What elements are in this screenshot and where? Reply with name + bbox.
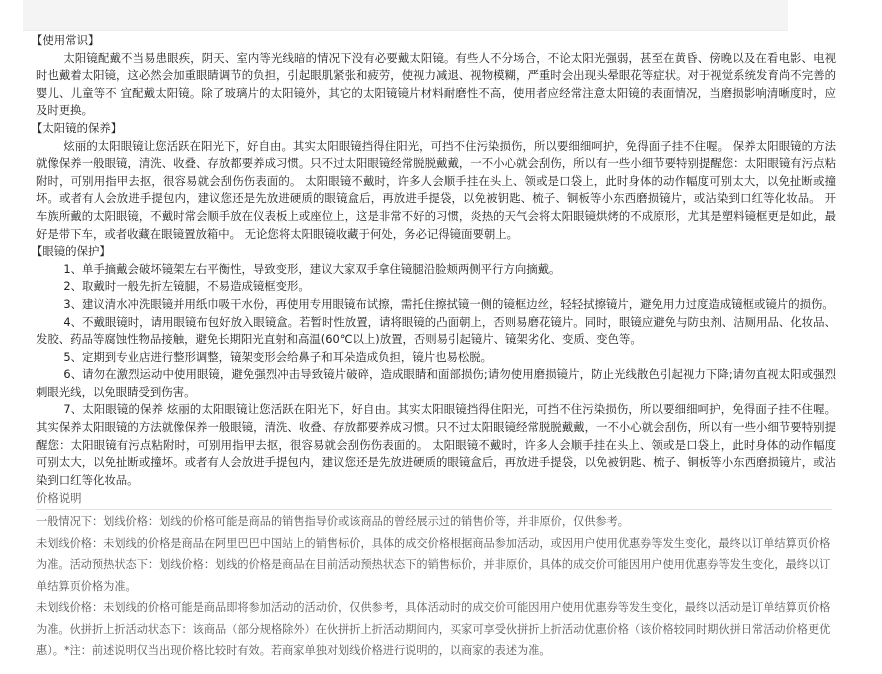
usage-paragraph: 太阳镜配戴不当易患眼疾，阴天、室内等光线暗的情况下没有必要戴太阳镜。有些人不分场… xyxy=(36,50,836,120)
top-banner xyxy=(23,0,788,31)
price-notes-section: 价格说明 一般情况下：划线价格：划线的价格可能是商品的销售指导价或该商品的曾经展… xyxy=(36,490,832,662)
product-description: 【使用常识】 太阳镜配戴不当易患眼疾，阴天、室内等光线暗的情况下没有必要戴太阳镜… xyxy=(36,32,836,489)
price-note-paragraph: 未划线价格：未划线的价格可能是商品即将参加活动的活动价，仅供参考，具体活动时的成… xyxy=(36,597,832,662)
price-note-paragraph: 一般情况下：划线价格：划线的价格可能是商品的销售指导价或该商品的曾经展示过的销售… xyxy=(36,511,832,533)
maintenance-heading: 【太阳镜的保养】 xyxy=(36,120,836,138)
protection-item: 5、定期到专业店进行整形调整，镜架变形会给鼻子和耳朵造成负担，镜片也易松脱。 xyxy=(36,349,836,367)
usage-heading: 【使用常识】 xyxy=(36,32,836,50)
price-notes-body: 一般情况下：划线价格：划线的价格可能是商品的销售指导价或该商品的曾经展示过的销售… xyxy=(36,511,832,662)
protection-item: 7、太阳眼镜的保养 炫丽的太阳眼镜让您活跃在阳光下，好自由。其实太阳眼镜挡得住阳… xyxy=(36,401,836,489)
price-note-paragraph: 未划线价格：未划线的价格是商品在阿里巴巴中国站上的销售标价，具体的成交价格根据商… xyxy=(36,533,832,598)
protection-item: 1、单手摘戴会破坏镜架左右平衡性，导致变形，建议大家双手拿住镜腿沿脸颊两侧平行方… xyxy=(36,261,836,279)
protection-heading: 【眼镜的保护】 xyxy=(36,243,836,261)
protection-item: 4、不戴眼镜时，请用眼镜布包好放入眼镜盒。若暂时性放置，请将眼镜的凸面朝上，否则… xyxy=(36,314,836,349)
protection-item: 3、建议清水冲洗眼镜并用纸巾吸干水份，再使用专用眼镜布试擦，需托住擦拭镜一侧的镜… xyxy=(36,296,836,314)
price-notes-title: 价格说明 xyxy=(36,490,832,510)
maintenance-paragraph: 炫丽的太阳眼镜让您活跃在阳光下，好自由。其实太阳眼镜挡得住阳光，可挡不住污染损伤… xyxy=(36,138,836,244)
protection-item: 6、请勿在激烈运动中使用眼镜，避免强烈冲击导致镜片破碎，造成眼睛和面部损伤;请勿… xyxy=(36,366,836,401)
protection-item: 2、取戴时一般先折左镜腿，不易造成镜框变形。 xyxy=(36,278,836,296)
